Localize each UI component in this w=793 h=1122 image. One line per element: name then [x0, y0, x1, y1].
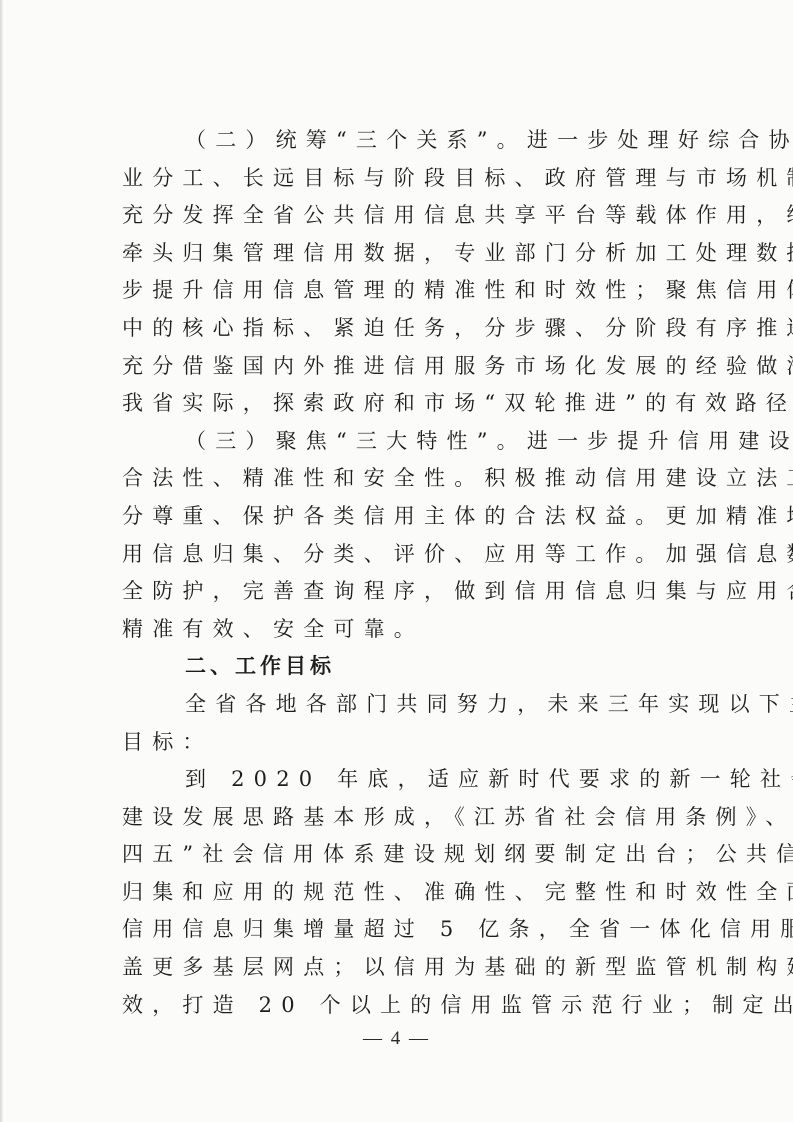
- paragraph-line: 效，打造 20 个以上的信用监管示范行业；制定出台一批信: [122, 987, 692, 1025]
- paragraph-line: 全防护，完善查询程序，做到信用信息归集与应用合法合理、: [122, 573, 692, 611]
- paragraph-line: （三）聚焦“三大特性”。进一步提升信用建设工作的: [122, 423, 692, 461]
- paragraph-2020-targets: 到 2020 年底，适应新时代要求的新一轮社会信用体系 建设发展思路基本形成，《…: [122, 761, 692, 1024]
- paragraph-line: 充分发挥全省公共信用信息共享平台等载体作用，综合部门: [122, 197, 692, 235]
- paragraph-line: 建设发展思路基本形成，《江苏省社会信用条例》、全省“十: [122, 799, 692, 837]
- page-number: — 4 —: [0, 1028, 793, 1050]
- paragraph-line: 归集和应用的规范性、准确性、完整性和时效性全面提升，: [122, 874, 692, 912]
- paragraph-line: 步提升信用信息管理的精准性和时效性；聚焦信用体系建设: [122, 272, 692, 310]
- paragraph-line: 合法性、精准性和安全性。积极推动信用建设立法工作，充: [122, 460, 692, 498]
- paragraph-line: 用信息归集、分类、评价、应用等工作。加强信息数据的安: [122, 536, 692, 574]
- paragraph-line: 我省实际，探索政府和市场“双轮推进”的有效路径。: [122, 385, 692, 423]
- paragraph-line: 全省各地各部门共同努力，未来三年实现以下主要发展: [122, 686, 692, 724]
- section-heading-work-goals: 二、工作目标: [122, 648, 692, 686]
- paragraph-line: 目标：: [122, 724, 692, 762]
- paragraph-line: 精准有效、安全可靠。: [122, 611, 692, 649]
- document-page-body: （二）统筹“三个关系”。进一步处理好综合协调与专 业分工、长远目标与阶段目标、政…: [122, 122, 692, 1024]
- paragraph-three-relationships: （二）统筹“三个关系”。进一步处理好综合协调与专 业分工、长远目标与阶段目标、政…: [122, 122, 692, 423]
- paragraph-line: 牵头归集管理信用数据，专业部门分析加工处理数据，进一: [122, 235, 692, 273]
- paragraph-three-characteristics: （三）聚焦“三大特性”。进一步提升信用建设工作的 合法性、精准性和安全性。积极推…: [122, 423, 692, 649]
- paragraph-line: 充分借鉴国内外推进信用服务市场化发展的经验做法，结合: [122, 348, 692, 386]
- paragraph-line: 信用信息归集增量超过 5 亿条，全省一体化信用服务平台覆: [122, 911, 692, 949]
- paragraph-line: （二）统筹“三个关系”。进一步处理好综合协调与专: [122, 122, 692, 160]
- paragraph-line: 四五”社会信用体系建设规划纲要制定出台；公共信用信息: [122, 836, 692, 874]
- paragraph-line: 盖更多基层网点；以信用为基础的新型监管机制构建取得实: [122, 949, 692, 987]
- paragraph-goals-intro: 全省各地各部门共同努力，未来三年实现以下主要发展 目标：: [122, 686, 692, 761]
- paragraph-line: 到 2020 年底，适应新时代要求的新一轮社会信用体系: [122, 761, 692, 799]
- paragraph-line: 分尊重、保护各类信用主体的合法权益。更加精准地推进信: [122, 498, 692, 536]
- paragraph-line: 业分工、长远目标与阶段目标、政府管理与市场机制的关系。: [122, 160, 692, 198]
- paragraph-line: 中的核心指标、紧迫任务，分步骤、分阶段有序推进实施；: [122, 310, 692, 348]
- page-edge-shadow: [0, 0, 3, 1122]
